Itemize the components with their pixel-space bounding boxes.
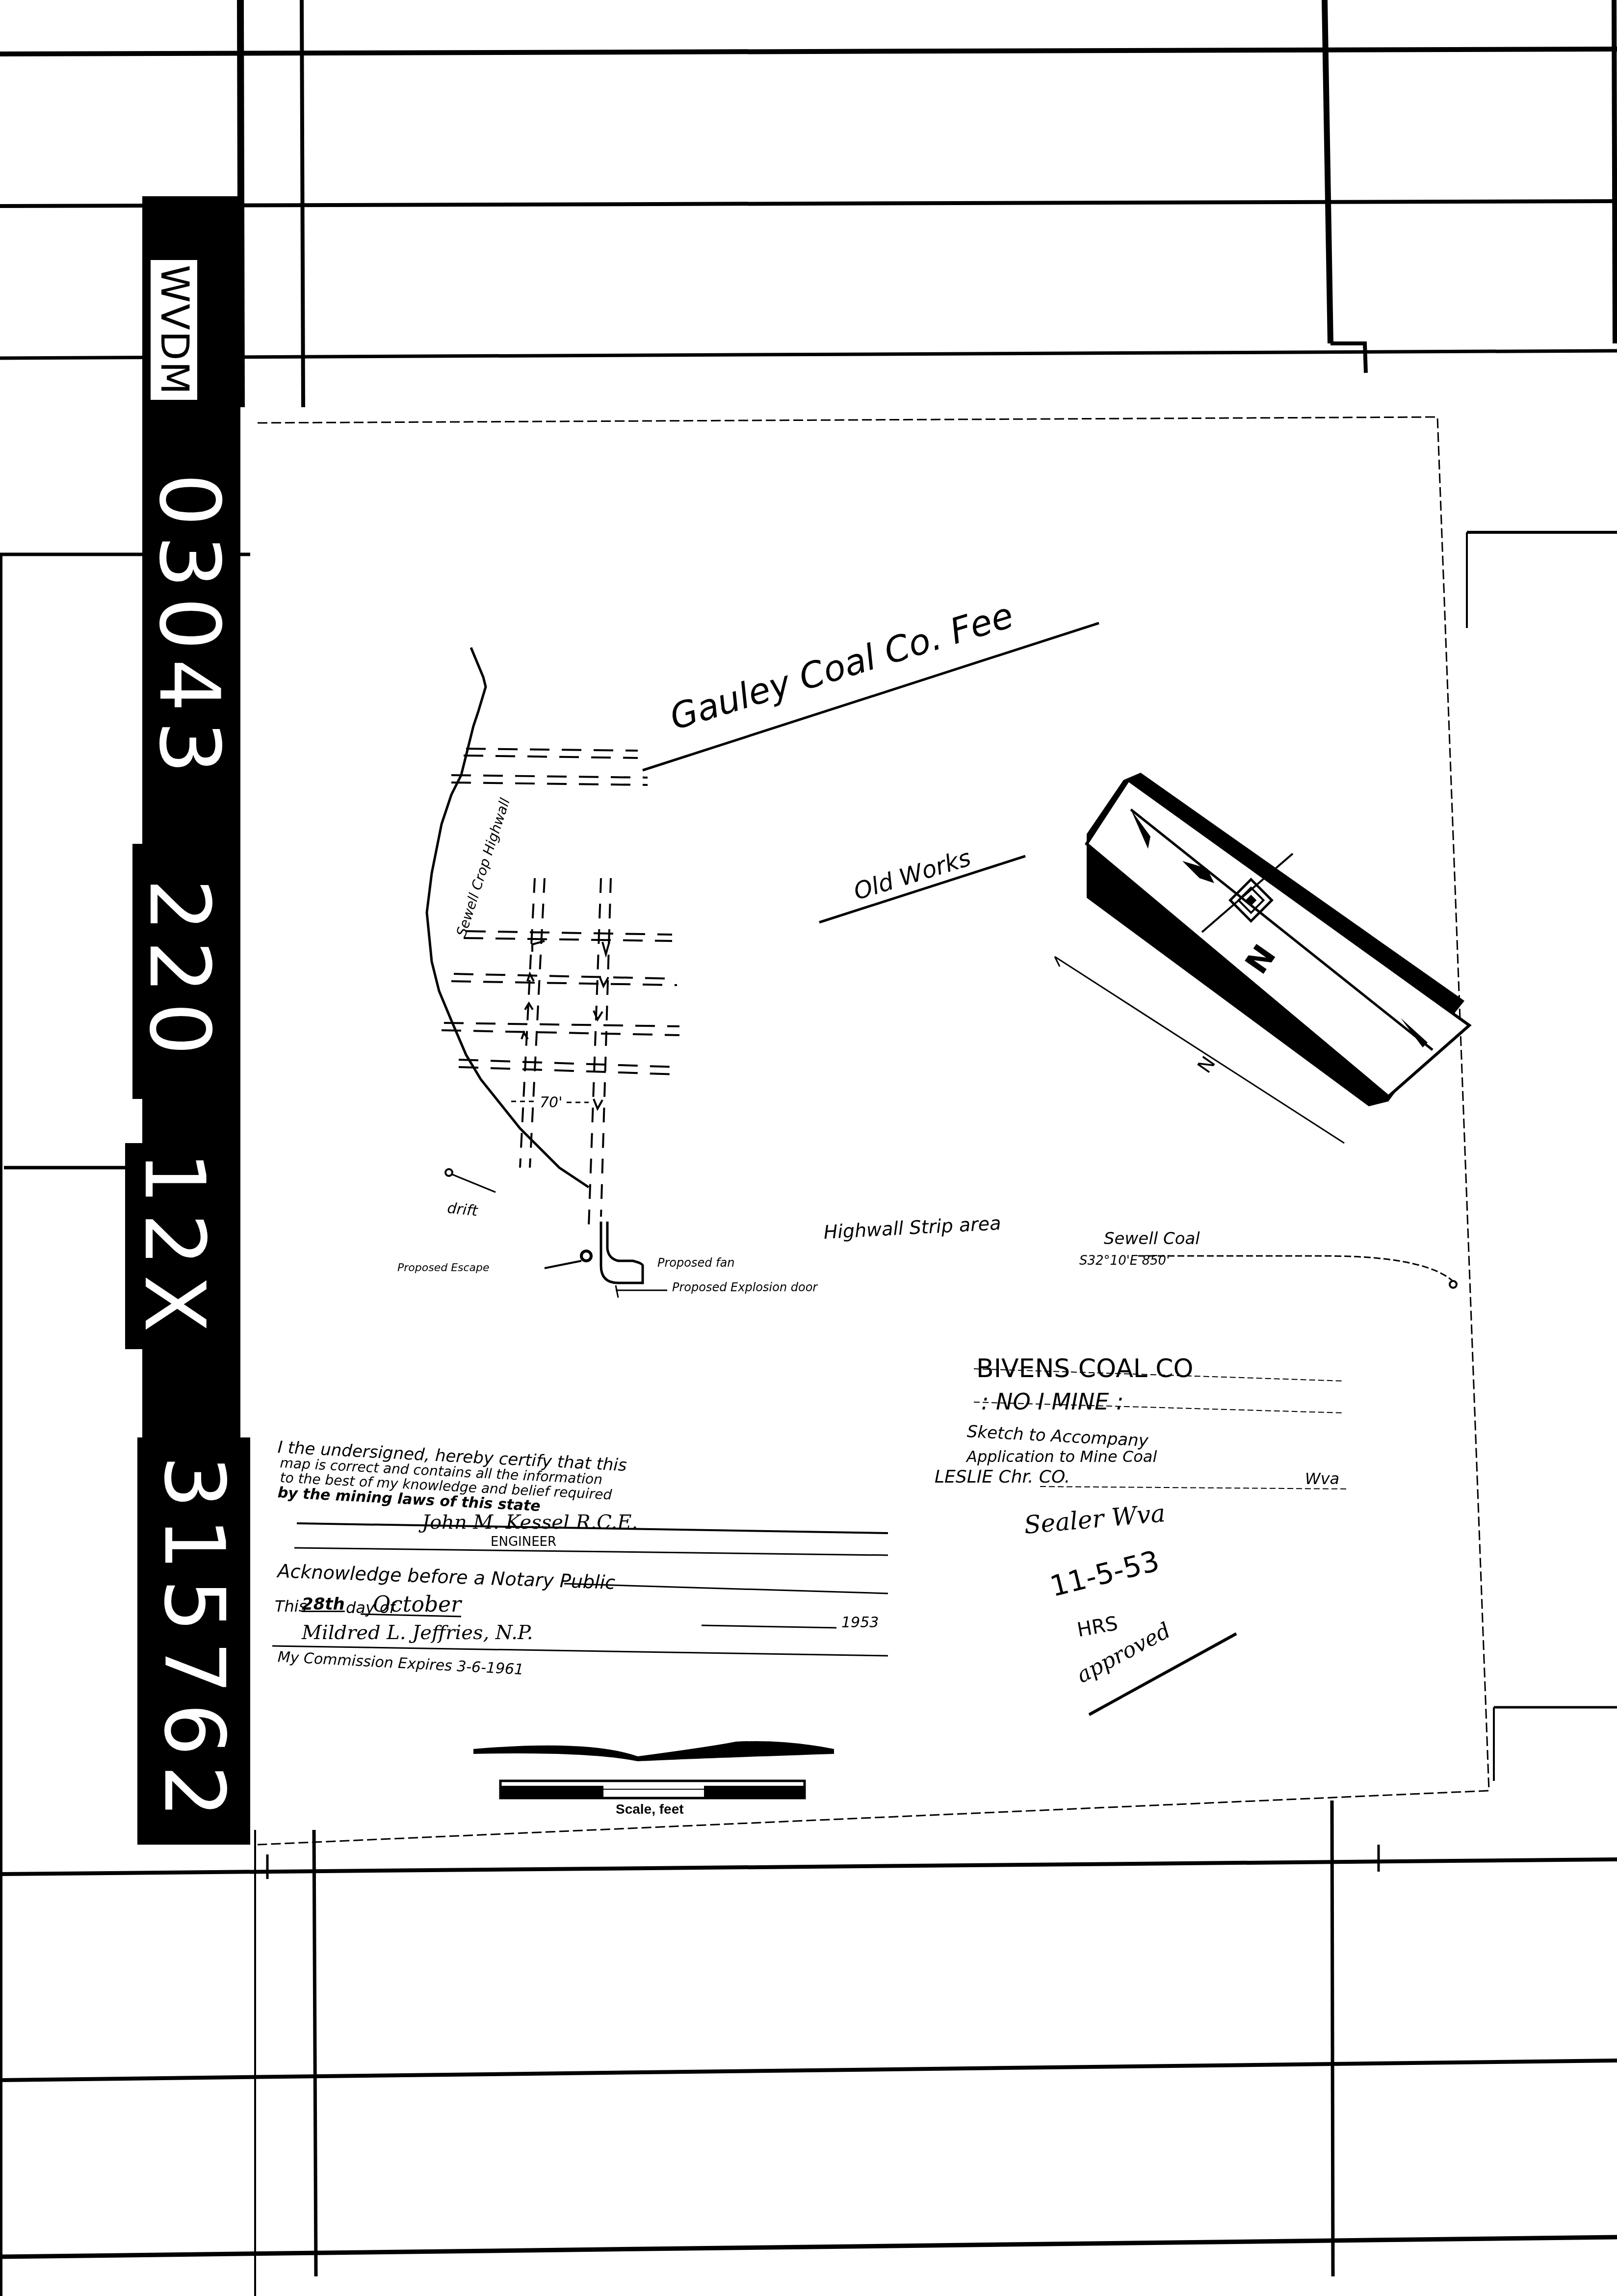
certification-rules — [0, 0, 1617, 2296]
scale-label: Scale, feet — [616, 1801, 684, 1817]
